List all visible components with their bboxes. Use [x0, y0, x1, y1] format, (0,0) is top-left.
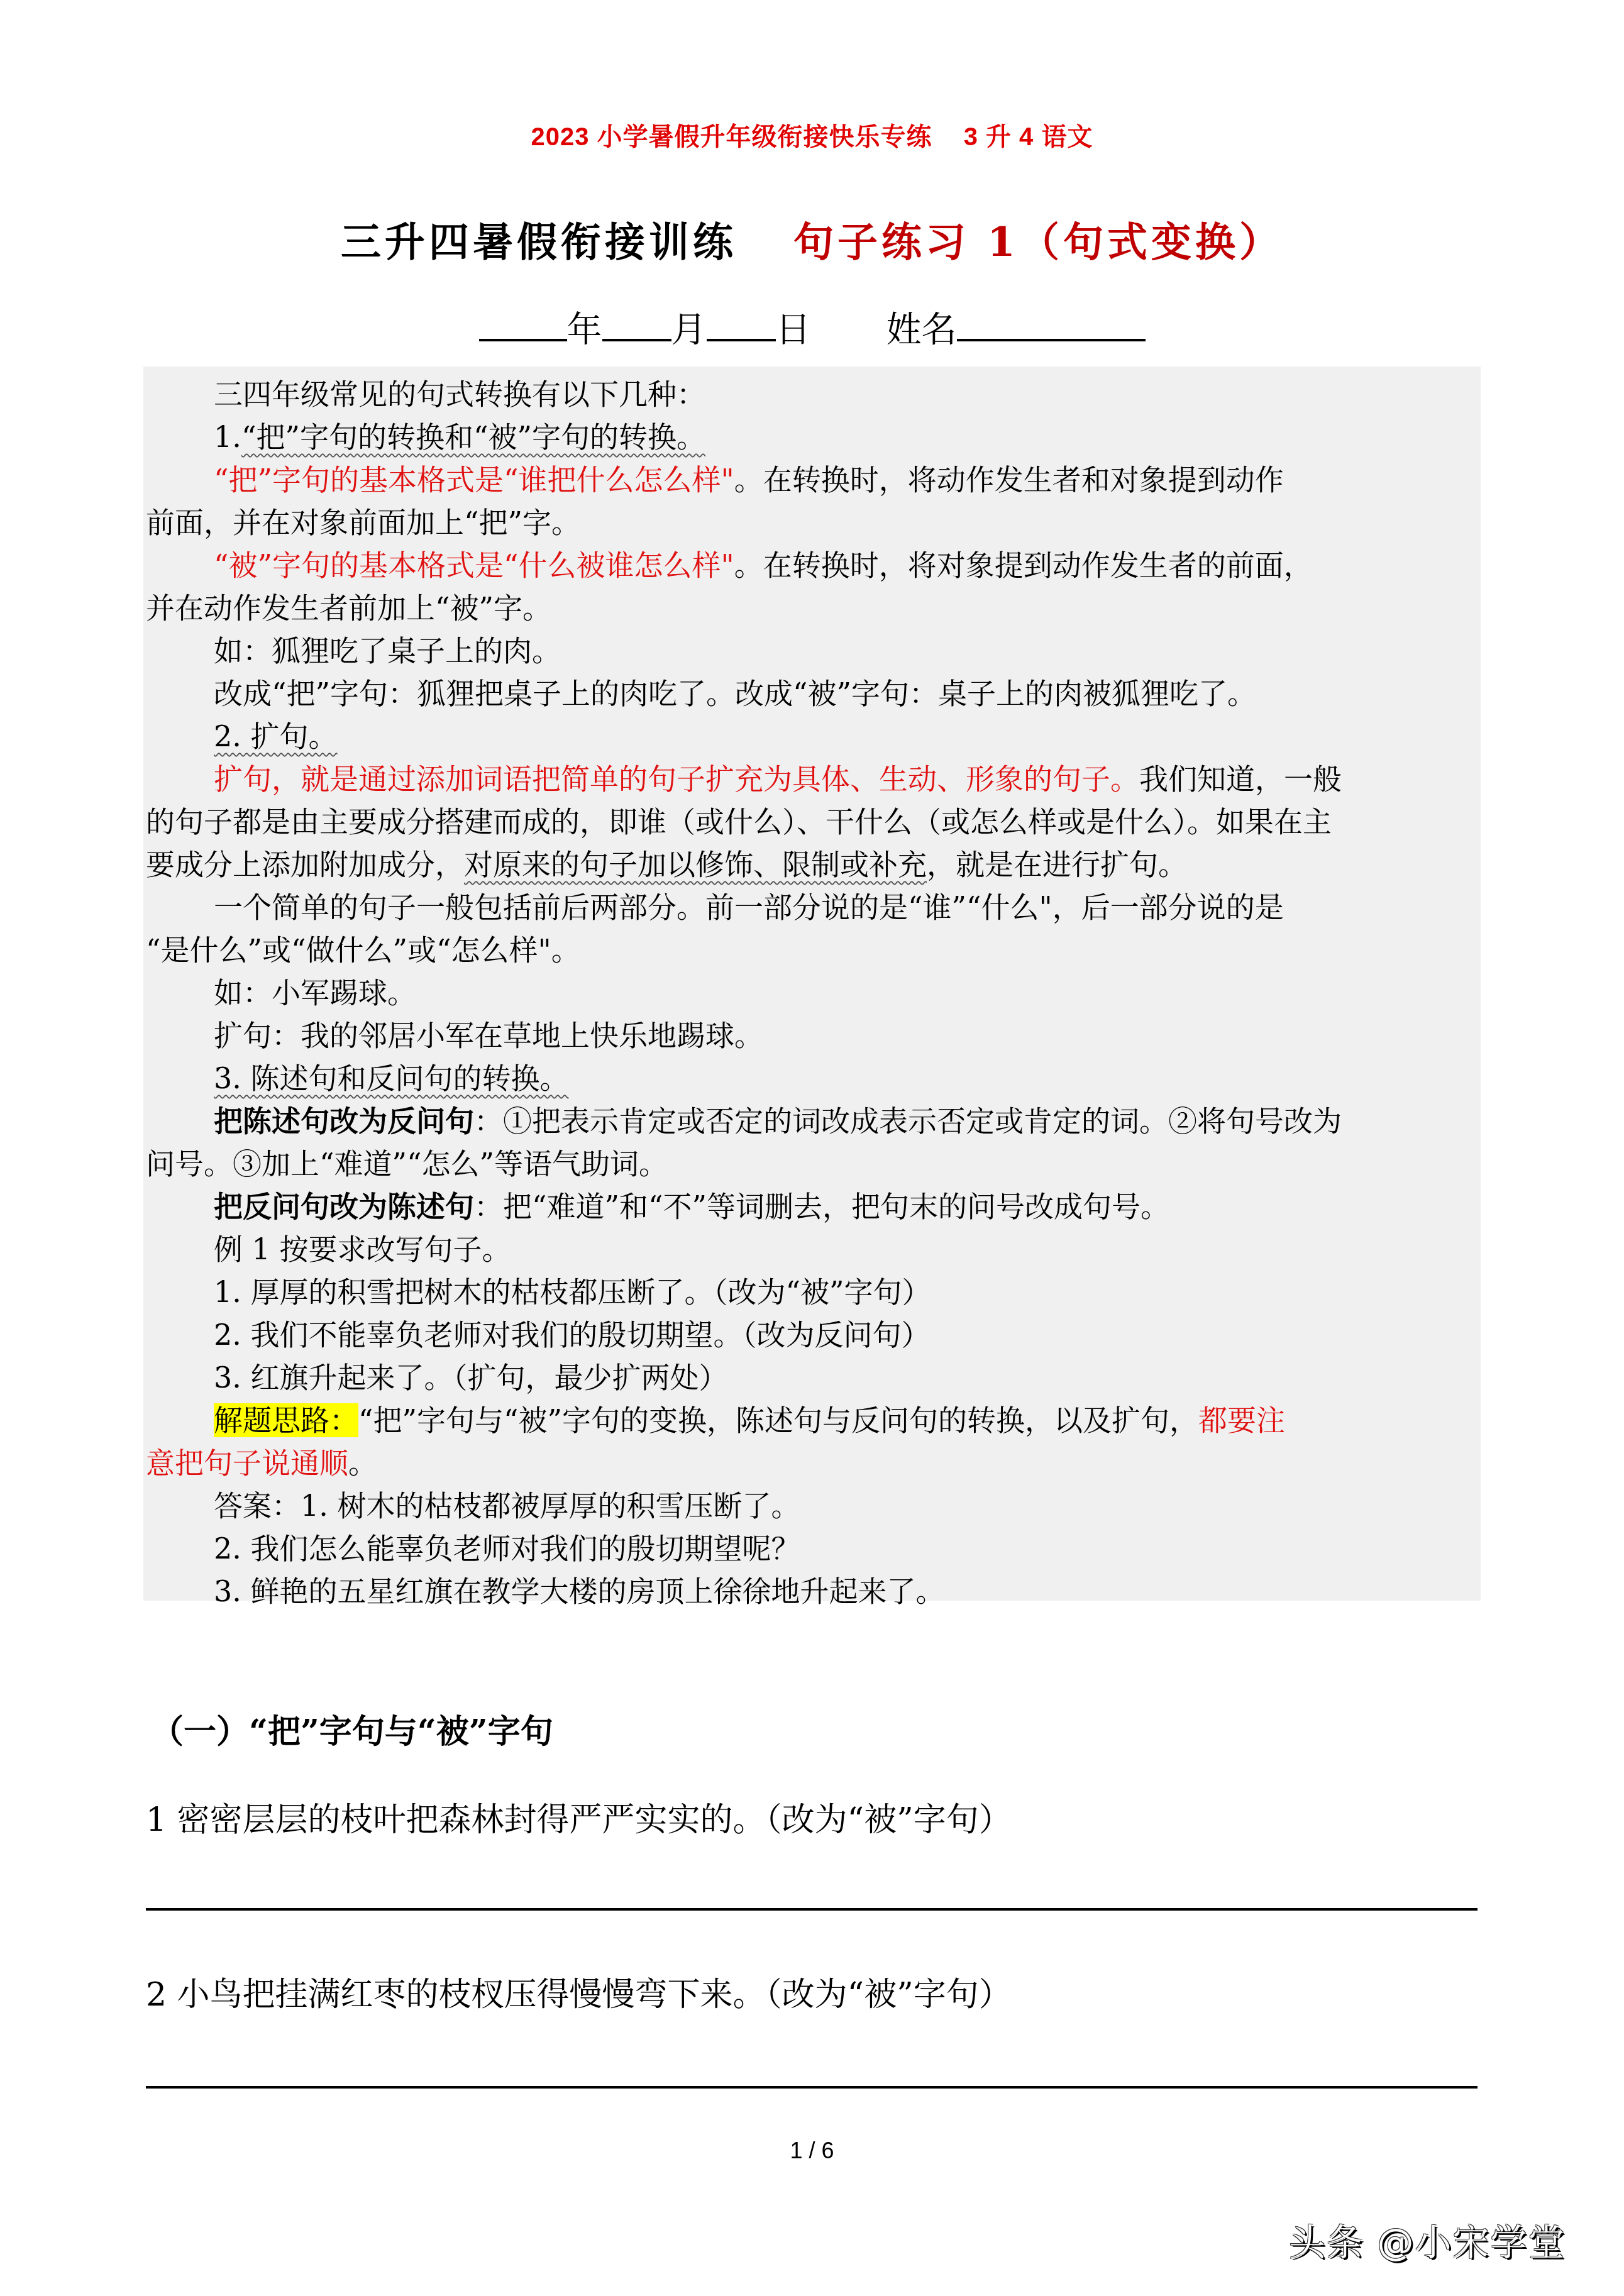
example-item: 2. 我们不能辜负老师对我们的殷切期望。（改为反问句）: [214, 1316, 931, 1354]
ba-rule: “把”字句的基本格式是“谁把什么怎么样"。在转换时，将动作发生者和对象提到动作: [214, 461, 1284, 499]
solution-hint-cont: 意把句子说通顺。: [146, 1444, 377, 1482]
simple-sentence-l1: 一个简单的句子一般包括前后两部分。前一部分说的是“谁”“什么"，后一部分说的是: [214, 888, 1284, 926]
section-3-title: 3. 陈述句和反问句的转换。: [214, 1059, 569, 1097]
answer-item: 2. 我们怎么能辜负老师对我们的殷切期望呢？: [214, 1530, 800, 1567]
statement-to-question: 把陈述句改为反问句：①把表示肯定或否定的词改成表示否定或肯定的词。②将句号改为: [214, 1102, 1342, 1140]
simple-sentence-l2: “是什么”或“做什么”或“怎么样"。: [146, 931, 580, 969]
month-blank[interactable]: [602, 334, 671, 341]
year-blank[interactable]: [479, 334, 567, 341]
section-heading: （一）“把”字句与“被”字句: [151, 1705, 553, 1752]
header-series: 2023 小学暑假升年级衔接快乐专练: [531, 123, 932, 151]
kuo-definition: 扩句，就是通过添加词语把简单的句子扩充为具体、生动、形象的句子。我们知道，一般: [214, 760, 1342, 798]
bei-rule: “被”字句的基本格式是“什么被谁怎么样"。在转换时，将对象提到动作发生者的前面，: [214, 546, 1313, 584]
answer-line-2[interactable]: [146, 2086, 1478, 2089]
page-title: 三升四暑假衔接训练句子练习 1（句式变换）: [0, 210, 1624, 268]
statement-to-question-cont: 问号。③加上“难道”“怎么”等语气助词。: [146, 1145, 668, 1183]
day-blank[interactable]: [707, 334, 776, 341]
ba-rule-cont: 前面，并在对象前面加上“把”字。: [146, 504, 580, 541]
solution-hint: 解题思路：“把”字句与“被”字句的变换，陈述句与反问句的转换，以及扩句，都要注: [214, 1401, 1285, 1439]
exercise-question-2: 2 小鸟把挂满红枣的枝杈压得慢慢弯下来。（改为“被”字句）: [146, 1968, 1012, 2015]
watermark: 头条 @小宋学堂: [1289, 2213, 1566, 2266]
kuo-definition-l2: 的句子都是由主要成分搭建而成的，即谁（或什么）、干什么（或怎么样或是什么）。如果…: [146, 803, 1332, 841]
date-name-line: 年月日姓名: [0, 302, 1624, 352]
document-header: 2023 小学暑假升年级衔接快乐专练3 升 4 语文: [0, 117, 1624, 153]
ba-rule-format: “把”字句的基本格式是“谁把什么怎么样": [214, 463, 734, 497]
month-label: 月: [671, 309, 707, 350]
header-grade-subject: 3 升 4 语文: [964, 123, 1093, 151]
page-number: 1 / 6: [0, 2138, 1624, 2164]
title-sub: 句子练习 1（句式变换）: [793, 219, 1283, 266]
name-blank[interactable]: [957, 334, 1146, 341]
name-label: 姓名: [887, 309, 957, 350]
example-item: 3. 红旗升起来了。（扩句，最少扩两处）: [214, 1359, 728, 1396]
title-main: 三升四暑假衔接训练: [341, 219, 737, 266]
example-1-conversion: 改成“把”字句：狐狸把桌子上的肉吃了。改成“被”字句：桌子上的肉被狐狸吃了。: [214, 675, 1256, 712]
answer-item: 3. 鲜艳的五星红旗在教学大楼的房顶上徐徐地升起来了。: [214, 1572, 945, 1610]
example-2-expanded: 扩句：我的邻居小军在草地上快乐地踢球。: [214, 1017, 763, 1054]
exercise-question-1: 1 密密层层的枝叶把森林封得严严实实的。（改为“被”字句）: [146, 1793, 1012, 1840]
hint-label: 解题思路：: [214, 1403, 358, 1437]
example-item: 1. 厚厚的积雪把树木的枯枝都压断了。（改为“被”字句）: [214, 1273, 931, 1311]
example-title: 例 1 按要求改写句子。: [214, 1230, 511, 1268]
instruction-panel: 三四年级常见的句式转换有以下几种： 1.“把”字句的转换和“被”字句的转换。 “…: [143, 367, 1481, 1601]
intro-text: 三四年级常见的句式转换有以下几种：: [214, 375, 705, 413]
example-2: 如：小军踢球。: [214, 974, 416, 1012]
question-to-statement: 把反问句改为陈述句：把“难道”和“不”等词删去，把句末的问号改成句号。: [214, 1188, 1169, 1225]
bei-rule-format: “被”字句的基本格式是“什么被谁怎么样": [214, 548, 734, 582]
section-2-title: 2. 扩句。: [214, 717, 338, 755]
bei-rule-cont: 并在动作发生者前加上“被”字。: [146, 589, 551, 627]
answer-line-1[interactable]: [146, 1908, 1478, 1911]
section-1-title: 1.“把”字句的转换和“被”字句的转换。: [214, 418, 705, 456]
example-1: 如：狐狸吃了桌子上的肉。: [214, 632, 561, 670]
answer-item: 答案：1. 树木的枯枝都被厚厚的积雪压断了。: [214, 1487, 800, 1525]
kuo-definition-l3: 要成分上添加附加成分，对原来的句子加以修饰、限制或补充，就是在进行扩句。: [146, 846, 1187, 883]
day-label: 日: [776, 309, 811, 350]
year-label: 年: [567, 309, 602, 350]
